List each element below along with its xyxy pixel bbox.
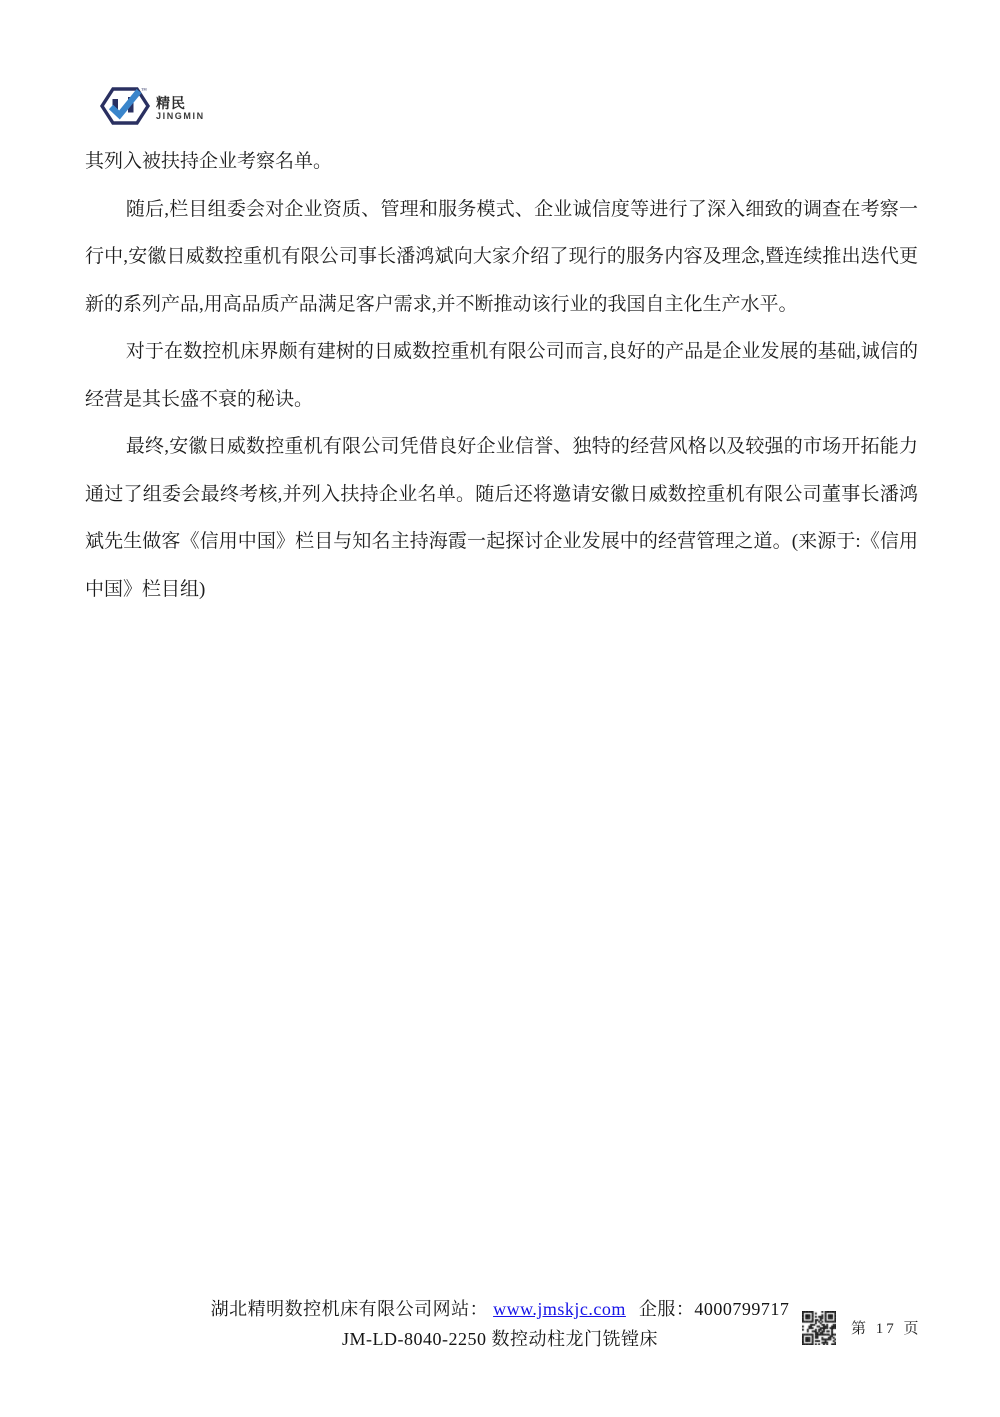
page-footer: 湖北精明数控机床有限公司网站： www.jmskjc.com 企服：400079… [0,1294,1000,1354]
paragraph-1: 其列入被扶持企业考察名单。 [85,138,918,186]
paragraph-3: 对于在数控机床界颇有建树的日威数控重机有限公司而言,良好的产品是企业发展的基础,… [85,328,918,423]
qr-code-icon [802,1311,836,1345]
document-body: 其列入被扶持企业考察名单。 随后,栏目组委会对企业资质、管理和服务模式、企业诚信… [85,138,918,613]
logo-brand-cn: 精民 [156,96,205,110]
footer-contact-line: 湖北精明数控机床有限公司网站： www.jmskjc.com 企服：400079… [0,1294,1000,1324]
footer-service-phone: 4000799717 [694,1299,789,1319]
page-number: 第 17 页 [851,1320,922,1338]
footer-website-link[interactable]: www.jmskjc.com [493,1299,626,1319]
company-logo: ™ 精民 JINGMIN [99,84,205,128]
footer-service-label: 企服： [639,1299,695,1319]
footer-product-model: JM-LD-8040-2250 数控动柱龙门铣镗床 [0,1324,1000,1354]
logo-trademark: ™ [141,88,147,94]
logo-text: 精民 JINGMIN [156,96,205,121]
footer-company-label: 湖北精明数控机床有限公司网站： [211,1299,489,1319]
logo-brand-en: JINGMIN [156,111,205,121]
logo-hexagon-m-icon: ™ [99,84,151,128]
paragraph-2: 随后,栏目组委会对企业资质、管理和服务模式、企业诚信度等进行了深入细致的调查在考… [85,186,918,329]
paragraph-4: 最终,安徽日威数控重机有限公司凭借良好企业信誉、独特的经营风格以及较强的市场开拓… [85,423,918,613]
